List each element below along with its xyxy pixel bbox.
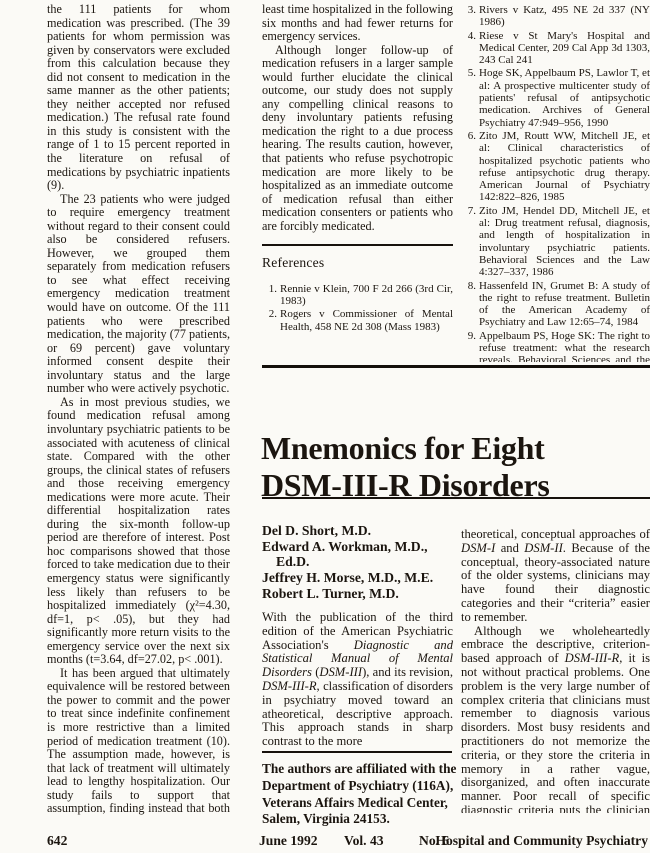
paragraph: As in most previous studies, we found me… [47, 396, 230, 667]
references-list-middle: 1. Rennie v Klein, 700 F 2d 266 (3rd Cir… [262, 283, 453, 333]
paragraph: the 111 patients for whom medication was… [47, 3, 230, 193]
author-name: Jeffrey H. Morse, M.D., M.E. [262, 570, 462, 586]
article1-closing-paragraphs: least time hospitalized in the following… [262, 3, 453, 233]
reference-number: 9. [461, 330, 476, 342]
reference-text: Zito JM, Hendel DD, Mitchell JE, et al: … [479, 205, 650, 278]
reference-number: 8. [461, 280, 476, 292]
reference-number: 7. [461, 205, 476, 217]
article1-column-left: the 111 patients for whom medication was… [47, 3, 230, 815]
paragraph: Although longer follow-up of medication … [262, 44, 453, 234]
author-list: Del D. Short, M.D.Edward A. Workman, M.D… [262, 523, 462, 602]
reference-number: 6. [461, 130, 476, 142]
reference-item: 3. Rivers v Katz, 495 NE 2d 337 (NY 1986… [461, 4, 650, 29]
reference-item: 8. Hassenfeld IN, Grumet B: A study of t… [461, 280, 650, 329]
reference-item: 1. Rennie v Klein, 700 F 2d 266 (3rd Cir… [262, 283, 453, 308]
paragraph: The 23 patients who were judged to requi… [47, 193, 230, 396]
reference-text: Zito JM, Routt WW, Mitchell JE, et al: C… [479, 130, 650, 203]
article2-column-right: theoretical, conceptual approaches of DS… [461, 528, 650, 813]
references-heading: References [262, 256, 453, 270]
reference-item: 9. Appelbaum PS, Hoge SK: The right to r… [461, 330, 650, 362]
reference-item: 4. Riese v St Mary's Hospital and Medica… [461, 30, 650, 67]
reference-number: 3. [461, 4, 476, 16]
page-number: 642 [47, 833, 67, 849]
references-rule [262, 244, 453, 246]
reference-text: Rivers v Katz, 495 NE 2d 337 (NY 1986) [479, 4, 650, 28]
affiliation-note: The authors are affiliated with the Depa… [262, 761, 458, 828]
article1-column-middle: least time hospitalized in the following… [262, 3, 453, 363]
paragraph: theoretical, conceptual approaches of DS… [461, 528, 650, 625]
reference-item: 2. Rogers v Commissioner of Mental Healt… [262, 308, 453, 333]
title-rule [262, 497, 650, 499]
references-list-right: 3. Rivers v Katz, 495 NE 2d 337 (NY 1986… [461, 4, 650, 362]
volume-label: Vol. 43 [344, 833, 384, 849]
author-name: Robert L. Turner, M.D. [262, 586, 462, 602]
article1-column-right: 3. Rivers v Katz, 495 NE 2d 337 (NY 1986… [461, 3, 650, 362]
reference-text: Riese v St Mary's Hospital and Medical C… [479, 30, 650, 67]
reference-item: 7. Zito JM, Hendel DD, Mitchell JE, et a… [461, 205, 650, 279]
reference-item: 6. Zito JM, Routt WW, Mitchell JE, et al… [461, 130, 650, 204]
author-name: Edward A. Workman, M.D., Ed.D. [262, 539, 462, 570]
paragraph: Although we wholeheartedly embrace the d… [461, 625, 650, 813]
journal-page: the 111 patients for whom medication was… [0, 0, 650, 853]
journal-name: Hospital and Community Psychiatry [435, 833, 648, 849]
paragraph: least time hospitalized in the following… [262, 3, 453, 44]
article2-title: Mnemonics for EightDSM-III-R Disorders [261, 430, 650, 504]
article-divider-rule [262, 365, 650, 368]
reference-text: Hassenfeld IN, Grumet B: A study of the … [479, 280, 650, 329]
paragraph: With the publication of the third editio… [262, 611, 453, 749]
reference-number: 5. [461, 67, 476, 79]
article2-intro-column: With the publication of the third editio… [262, 611, 453, 750]
author-name: Del D. Short, M.D. [262, 523, 462, 539]
affiliation-rule [262, 751, 452, 753]
issue-date: June 1992 [259, 833, 318, 849]
reference-number: 1. [262, 283, 277, 295]
paragraph: It has been argued that ultimately equiv… [47, 667, 230, 815]
reference-text: Rennie v Klein, 700 F 2d 266 (3rd Cir, 1… [280, 283, 453, 307]
reference-number: 4. [461, 30, 476, 42]
reference-text: Appelbaum PS, Hoge SK: The right to refu… [479, 330, 650, 362]
reference-number: 2. [262, 308, 277, 320]
reference-text: Hoge SK, Appelbaum PS, Lawlor T, et al: … [479, 67, 650, 128]
reference-text: Rogers v Commissioner of Mental Health, … [280, 308, 453, 332]
title-line: Mnemonics for Eight [261, 430, 650, 467]
reference-item: 5. Hoge SK, Appelbaum PS, Lawlor T, et a… [461, 67, 650, 128]
